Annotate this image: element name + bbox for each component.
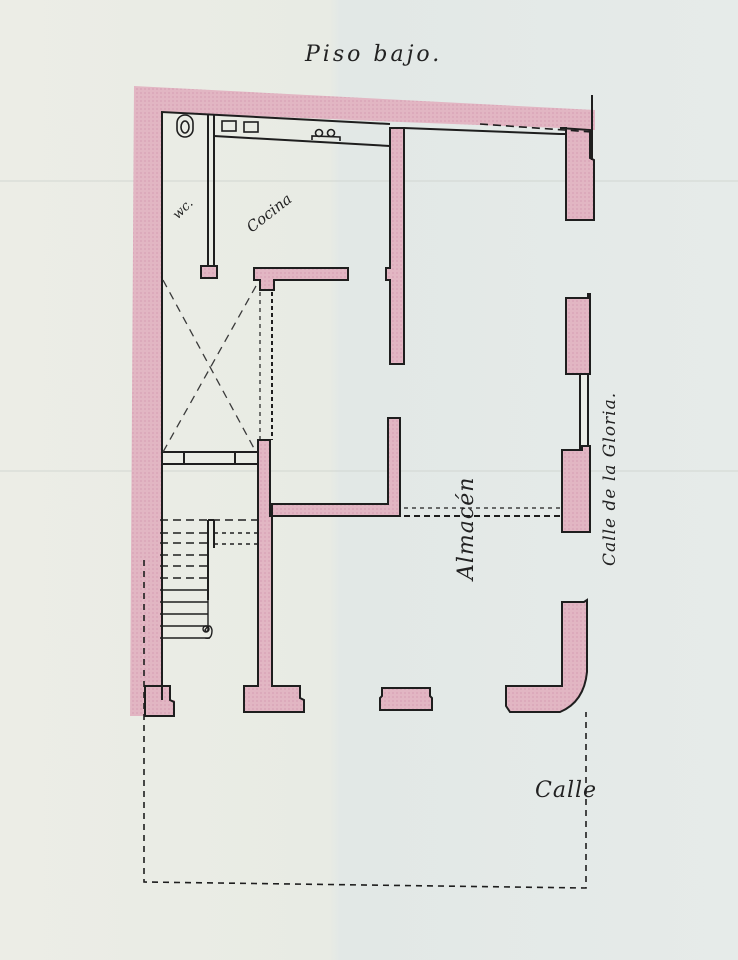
facade-pier-middle (380, 688, 432, 710)
facade-pier-left (145, 686, 174, 716)
interior-wall-kitchen (386, 128, 404, 364)
interior-wall-center (244, 418, 400, 712)
facade-corner-pier (506, 600, 587, 712)
drawing-title: Piso bajo. (305, 42, 442, 67)
kitchen-partition (201, 266, 348, 290)
drawing-sheet: Piso bajo. wc. Cocina Almacén Calle de l… (0, 0, 738, 960)
street-label-front: Calle (535, 778, 597, 803)
floor-plan (0, 0, 738, 960)
facade-pier-window (562, 294, 590, 532)
facade-pier-top (560, 128, 594, 220)
room-label-storage: Almacén (454, 477, 479, 580)
outer-wall (130, 86, 595, 716)
street-label-side: Calle de la Gloria. (600, 392, 620, 566)
light-well-x (163, 280, 256, 452)
toilet-icon (177, 115, 193, 137)
stair-treads (160, 590, 212, 638)
